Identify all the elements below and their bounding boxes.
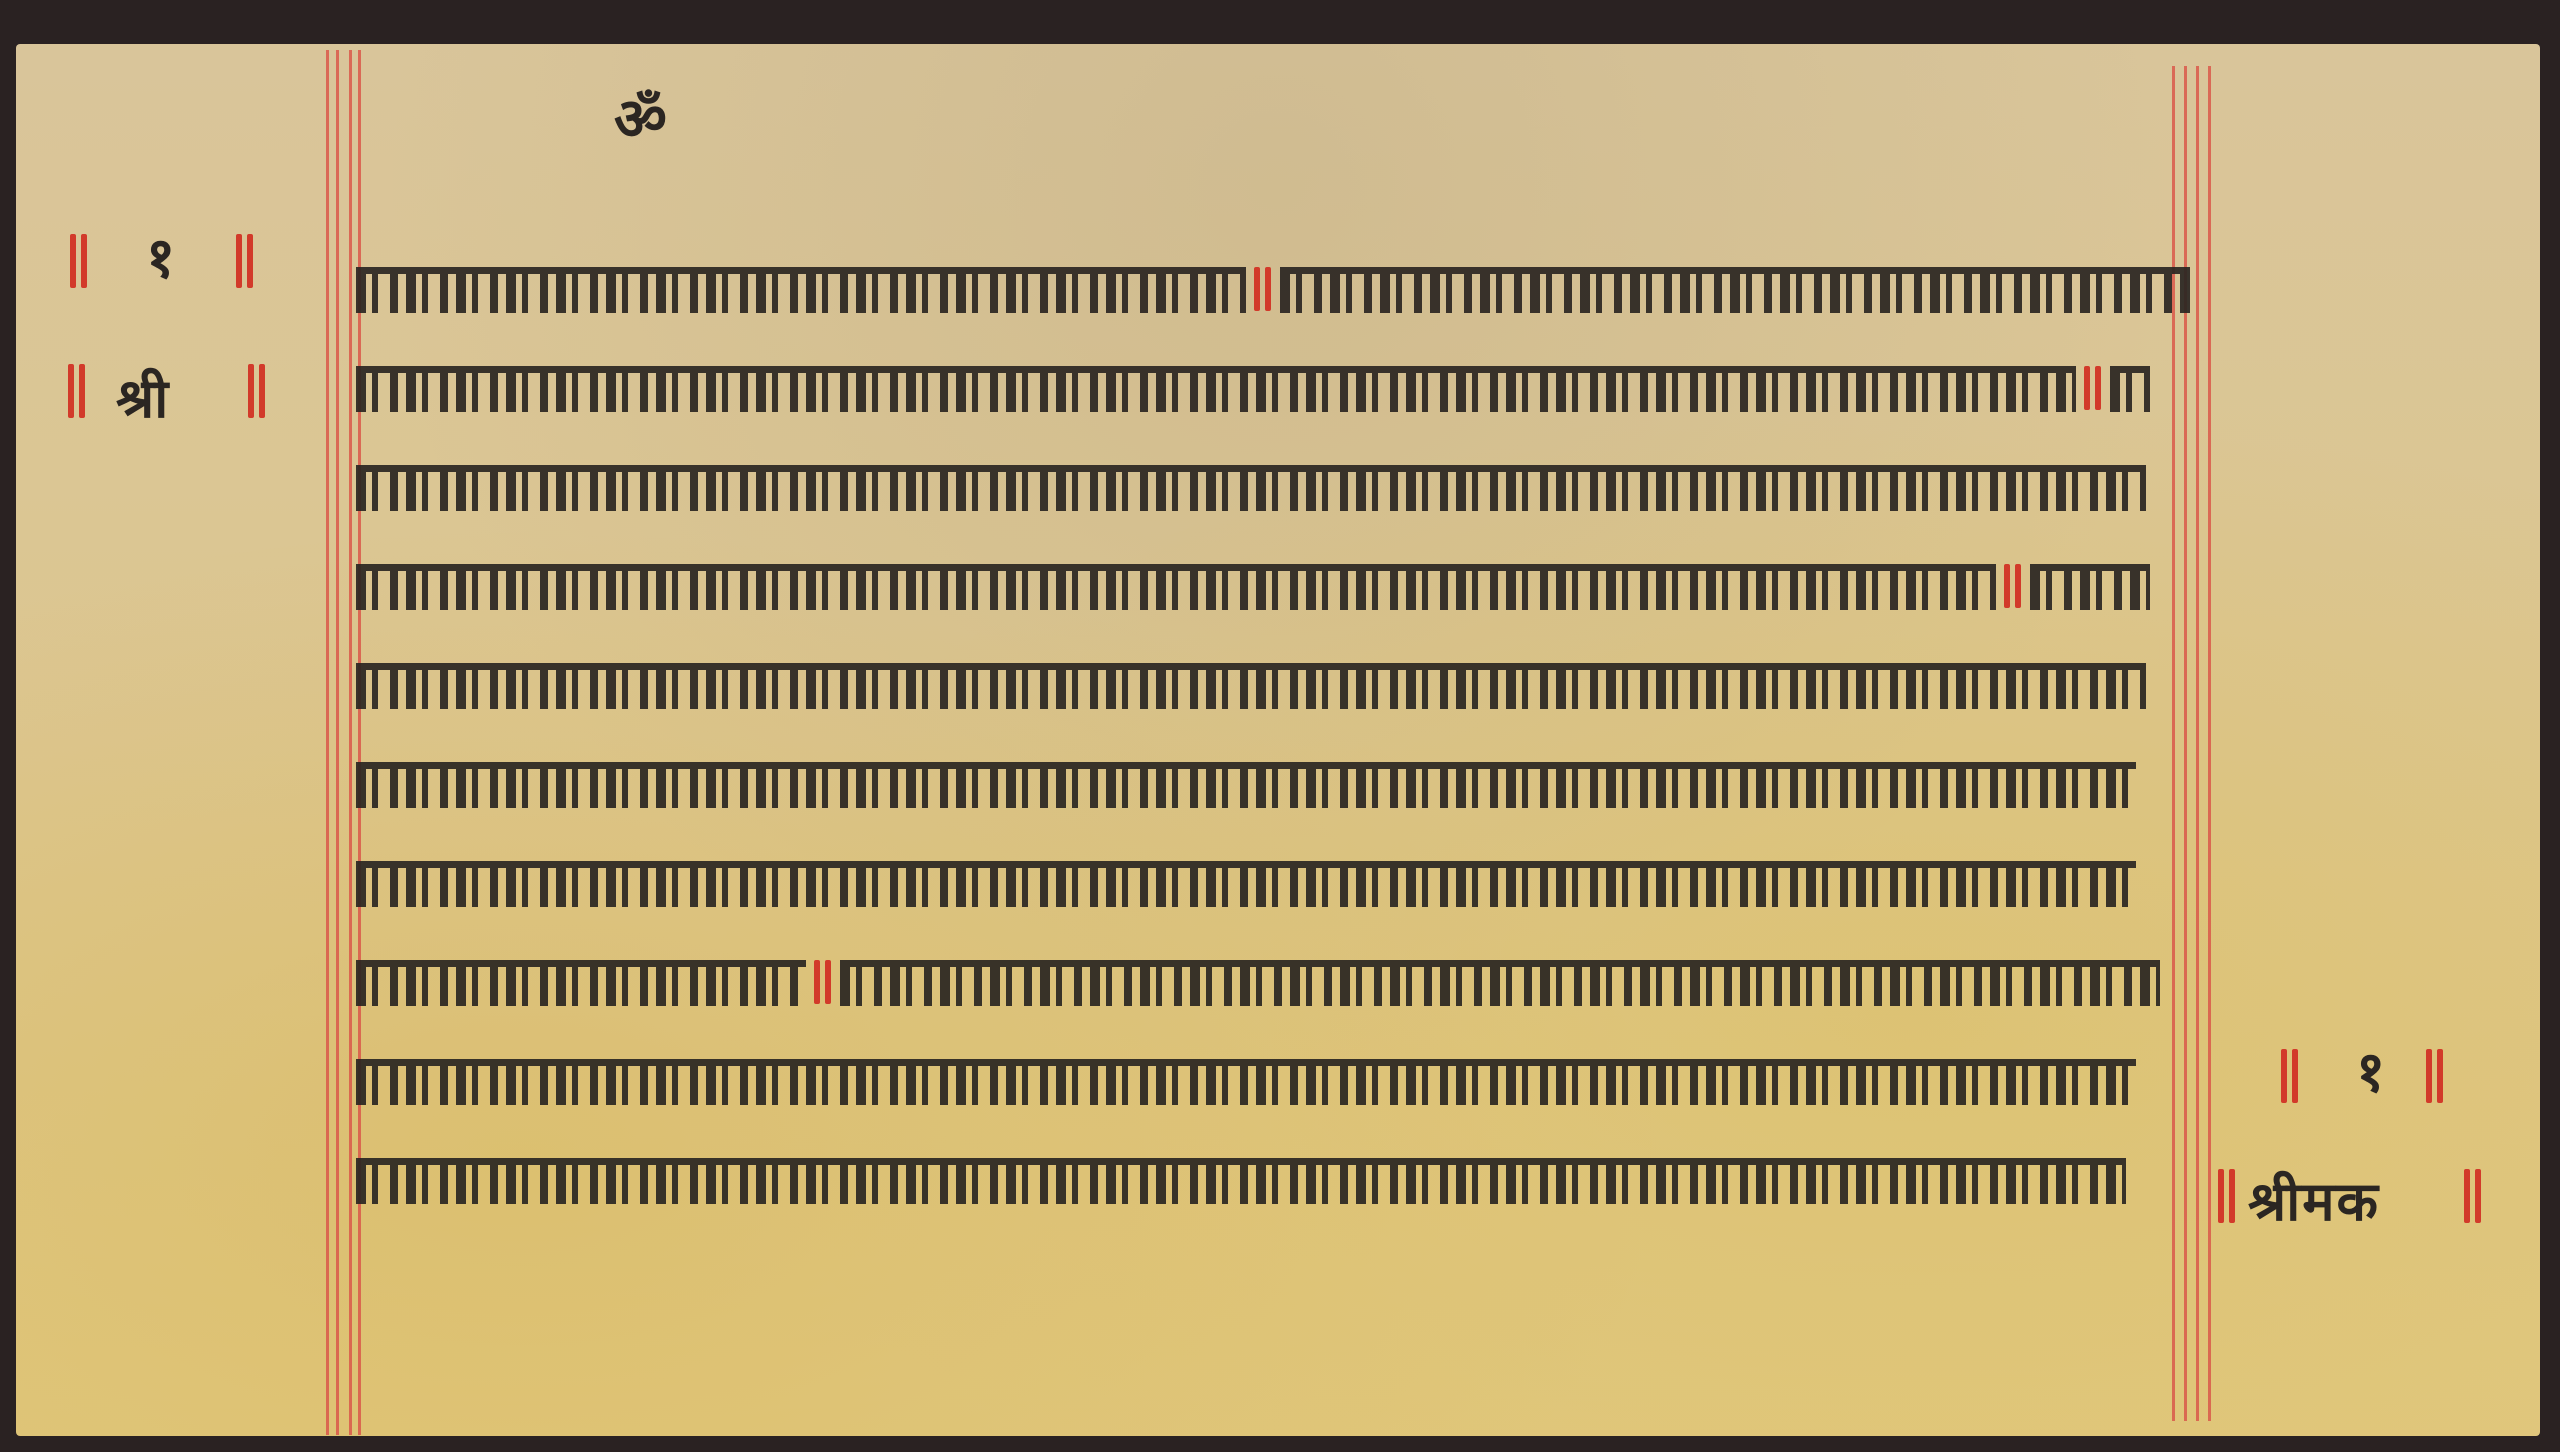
right-red-rule	[2196, 66, 2199, 1421]
script-text-segment	[356, 756, 2136, 808]
script-text-segment	[356, 1053, 2136, 1105]
right-red-rule	[2208, 66, 2211, 1421]
script-text-segment	[2030, 558, 2150, 610]
left-red-rule	[349, 50, 352, 1435]
manuscript-page: ॐ १ श्री १ श्रीमक	[16, 44, 2540, 1436]
right-folio-label: श्रीमक	[2248, 1162, 2380, 1236]
manuscript-line-5	[356, 643, 2146, 723]
red-danda-mark	[1252, 261, 1274, 313]
left-red-rule	[326, 50, 329, 1435]
red-danda-mark	[2082, 360, 2104, 412]
manuscript-line-3	[356, 445, 2146, 525]
right-margin-danda	[2216, 1169, 2238, 1223]
manuscript-line-7	[356, 841, 2136, 921]
manuscript-line-1	[356, 247, 2190, 327]
header-invocation-mark: ॐ	[614, 90, 667, 148]
right-margin-danda	[2462, 1169, 2484, 1223]
script-text-segment	[356, 459, 2146, 511]
left-folio-label: श्री	[116, 359, 170, 433]
manuscript-line-6	[356, 742, 2136, 822]
left-margin-danda	[68, 234, 90, 288]
script-text-segment	[356, 261, 1246, 313]
script-text-segment	[356, 954, 806, 1006]
right-folio-number: १	[2356, 1044, 2385, 1100]
left-margin-danda	[246, 364, 268, 418]
manuscript-line-9	[356, 1039, 2136, 1119]
left-folio-number: १	[146, 230, 175, 286]
script-text-segment	[840, 954, 2160, 1006]
red-danda-mark	[812, 954, 834, 1006]
manuscript-line-8	[356, 940, 2160, 1020]
script-text-segment	[356, 558, 1996, 610]
left-margin-danda	[66, 364, 88, 418]
script-text-segment	[356, 1152, 2126, 1204]
manuscript-line-4	[356, 544, 2150, 624]
script-text-segment	[2110, 360, 2150, 412]
script-text-segment	[356, 855, 2136, 907]
right-margin-danda	[2279, 1049, 2301, 1103]
script-text-segment	[1280, 261, 2190, 313]
script-text-segment	[356, 360, 2076, 412]
red-danda-mark	[2002, 558, 2024, 610]
script-text-segment	[356, 657, 2146, 709]
manuscript-line-10	[356, 1138, 2126, 1218]
left-margin-danda	[234, 234, 256, 288]
right-margin-danda	[2424, 1049, 2446, 1103]
left-red-rule	[336, 50, 339, 1435]
manuscript-line-2	[356, 346, 2150, 426]
